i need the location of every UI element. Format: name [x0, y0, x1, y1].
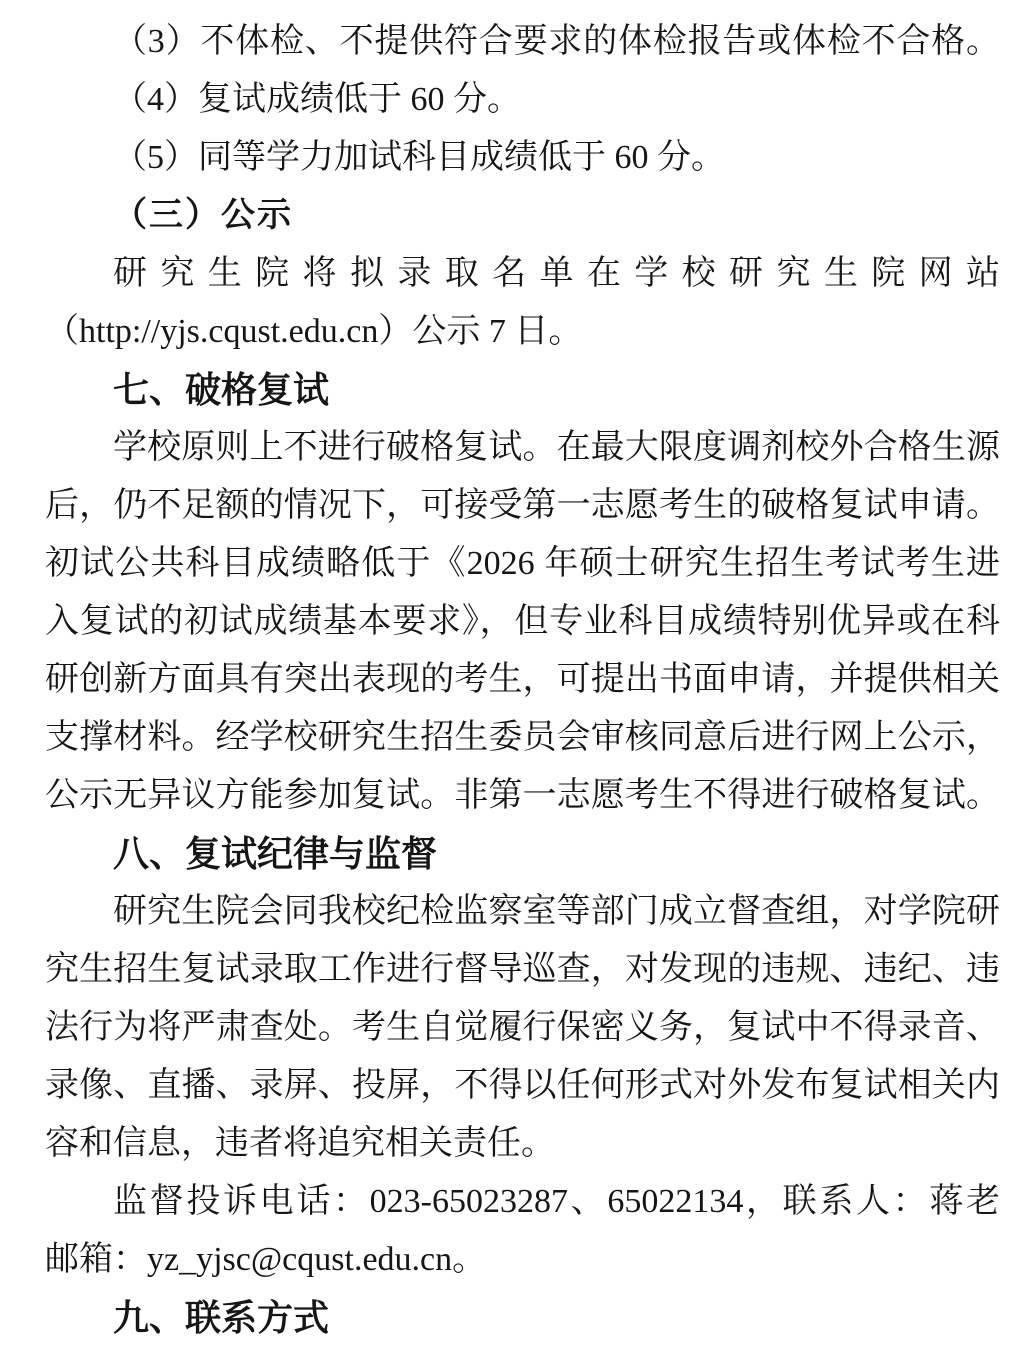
discipline-line-1: 研究生院会同我校纪检监察室等部门成立督查组，对学院研	[45, 883, 1000, 941]
publicity-paragraph-line-2: （http://yjs.cqust.edu.cn）公示 7 日。	[45, 303, 1000, 361]
list-item-5: （5）同等学力加试科目成绩低于 60 分。	[45, 129, 1000, 187]
list-item-3: （3）不体检、不提供符合要求的体检报告或体检不合格。	[45, 13, 1000, 71]
exceptional-reexam-line-2: 后，仍不足额的情况下，可接受第一志愿考生的破格复试申请。	[45, 477, 1000, 535]
exceptional-reexam-line-1: 学校原则上不进行破格复试。在最大限度调剂校外合格生源	[45, 419, 1000, 477]
subsection-heading-publicity: （三）公示	[45, 187, 1000, 245]
section-heading-9-contact-info: 九、联系方式	[45, 1289, 1000, 1347]
exceptional-reexam-line-5: 研创新方面具有突出表现的考生，可提出书面申请，并提供相关	[45, 651, 1000, 709]
supervision-phone-line: 监督投诉电话：023-65023287、65022134，联系人：蒋老师，	[45, 1173, 1000, 1231]
discipline-line-2: 究生招生复试录取工作进行督导巡查，对发现的违规、违纪、违	[45, 941, 1000, 999]
section-heading-8-discipline-supervision: 八、复试纪律与监督	[45, 825, 1000, 883]
exceptional-reexam-line-3: 初试公共科目成绩略低于《2026 年硕士研究生招生考试考生进	[45, 535, 1000, 593]
list-item-4: （4）复试成绩低于 60 分。	[45, 71, 1000, 129]
publicity-paragraph-line-1: 研 究 生 院 将 拟 录 取 名 单 在 学 校 研 究 生 院 网 站	[45, 245, 1000, 303]
section-heading-7-exceptional-reexam: 七、破格复试	[45, 361, 1000, 419]
discipline-line-3: 法行为将严肃查处。考生自觉履行保密义务，复试中不得录音、	[45, 999, 1000, 1057]
discipline-line-4: 录像、直播、录屏、投屏，不得以任何形式对外发布复试相关内	[45, 1057, 1000, 1115]
supervision-email-line: 邮箱：yz_yjsc@cqust.edu.cn。	[45, 1231, 1000, 1289]
discipline-line-5: 容和信息，违者将追究相关责任。	[45, 1115, 1000, 1173]
document-page: （3）不体检、不提供符合要求的体检报告或体检不合格。 （4）复试成绩低于 60 …	[0, 0, 1024, 1365]
exceptional-reexam-line-7: 公示无异议方能参加复试。非第一志愿考生不得进行破格复试。	[45, 767, 1000, 825]
exceptional-reexam-line-4: 入复试的初试成绩基本要求》，但专业科目成绩特别优异或在科	[45, 593, 1000, 651]
exceptional-reexam-line-6: 支撑材料。经学校研究生招生委员会审核同意后进行网上公示，	[45, 709, 1000, 767]
